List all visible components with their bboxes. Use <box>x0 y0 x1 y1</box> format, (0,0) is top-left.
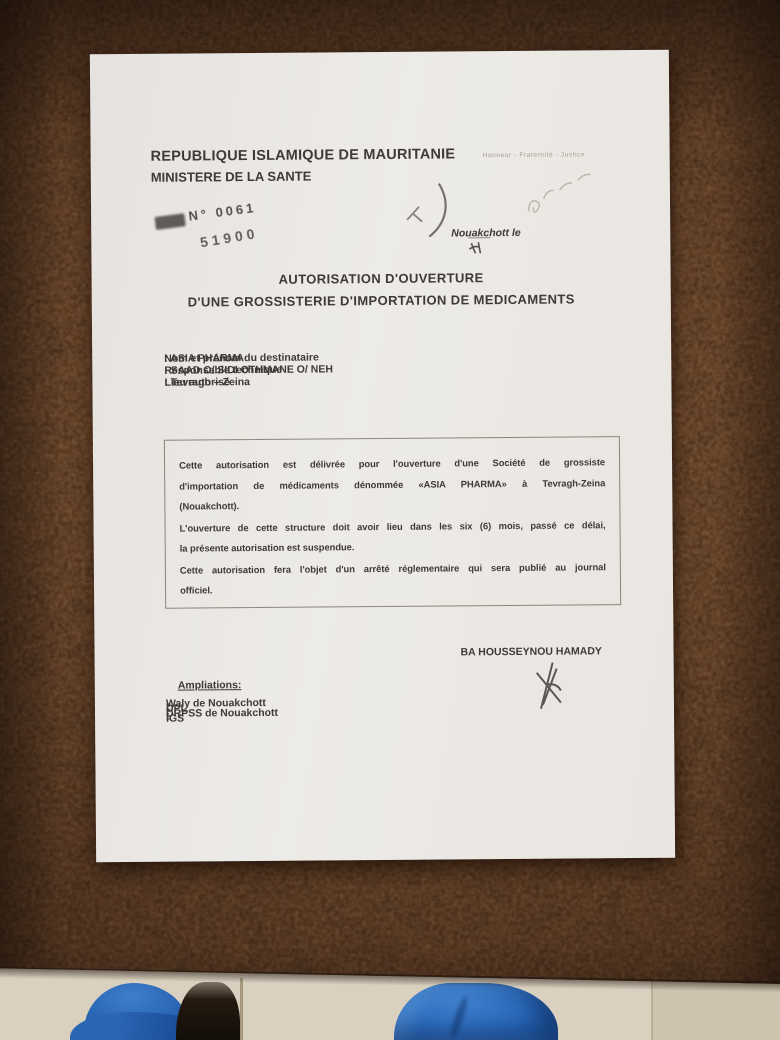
country-title: REPUBLIQUE ISLAMIQUE DE MAURITANIE <box>151 147 456 164</box>
field-value: : ASIA PHARMA <box>164 352 244 365</box>
ampliation-item: - Waly de Nouakchott <box>166 697 242 698</box>
field-row: Nom et prénom du destinataire : ASIA PHA… <box>164 349 641 353</box>
authorization-text-box: Cette autorisation est délivrée pour l'o… <box>164 436 621 609</box>
field-value: : Tevragh – Zeina <box>164 376 250 389</box>
dateline-label: Nouakchott le <box>451 227 521 240</box>
registry-number-stamp: N° 0061 51900 <box>154 185 372 214</box>
body-line: L'ouverture de cette structure doit avoi… <box>179 515 605 539</box>
ampliation-item: - DRPSS de Nouakchott <box>166 707 242 708</box>
document-paper: REPUBLIQUE ISLAMIQUE DE MAURITANIE MINIS… <box>90 50 675 863</box>
body-line: la présente autorisation est suspendue. <box>180 535 606 559</box>
body-line: Cette autorisation fera l'objet d'un arr… <box>180 557 606 581</box>
pen-curve-mark <box>389 179 451 241</box>
body-line: d'importation de médicaments dénommée «A… <box>179 473 605 497</box>
ampliations-section: Ampliations: - Waly de Nouakchott - DPL … <box>166 679 242 718</box>
signature-scribble <box>523 658 575 714</box>
national-motto: Honneur - Fraternité - Justice <box>483 151 586 159</box>
blue-pant-knee-right <box>394 983 558 1040</box>
photo-scene: REPUBLIQUE ISLAMIQUE DE MAURITANIE MINIS… <box>0 0 780 1040</box>
title-line1: AUTORISATION D'OUVERTURE <box>92 269 671 289</box>
signer-name: BA HOUSSEYNOU HAMADY <box>460 645 601 658</box>
document-title: AUTORISATION D'OUVERTURE D'UNE GROSSISTE… <box>92 269 671 311</box>
stamp-number-line1: N° 0061 <box>188 200 257 224</box>
faint-handwriting <box>515 162 614 224</box>
title-line2: D'UNE GROSSISTERIE D'IMPORTATION DE MEDI… <box>92 291 671 311</box>
tile-grout-line <box>240 978 243 1040</box>
document-header: REPUBLIQUE ISLAMIQUE DE MAURITANIE MINIS… <box>151 147 456 183</box>
dateline: Nouakchott le <box>451 227 490 241</box>
stamp-number-line2: 51900 <box>199 225 260 250</box>
body-line: (Nouakchott). <box>179 493 605 517</box>
ink-smudge <box>154 213 185 230</box>
body-line: Cette autorisation est délivrée pour l'o… <box>179 452 605 476</box>
recipient-fields: Nom et prénom du destinataire : ASIA PHA… <box>164 349 641 389</box>
dark-shoe <box>176 982 240 1040</box>
body-line: officiel. <box>180 577 606 601</box>
ampliations-heading: Ampliations: <box>178 679 242 691</box>
ampliation-label: IGS <box>166 713 184 725</box>
